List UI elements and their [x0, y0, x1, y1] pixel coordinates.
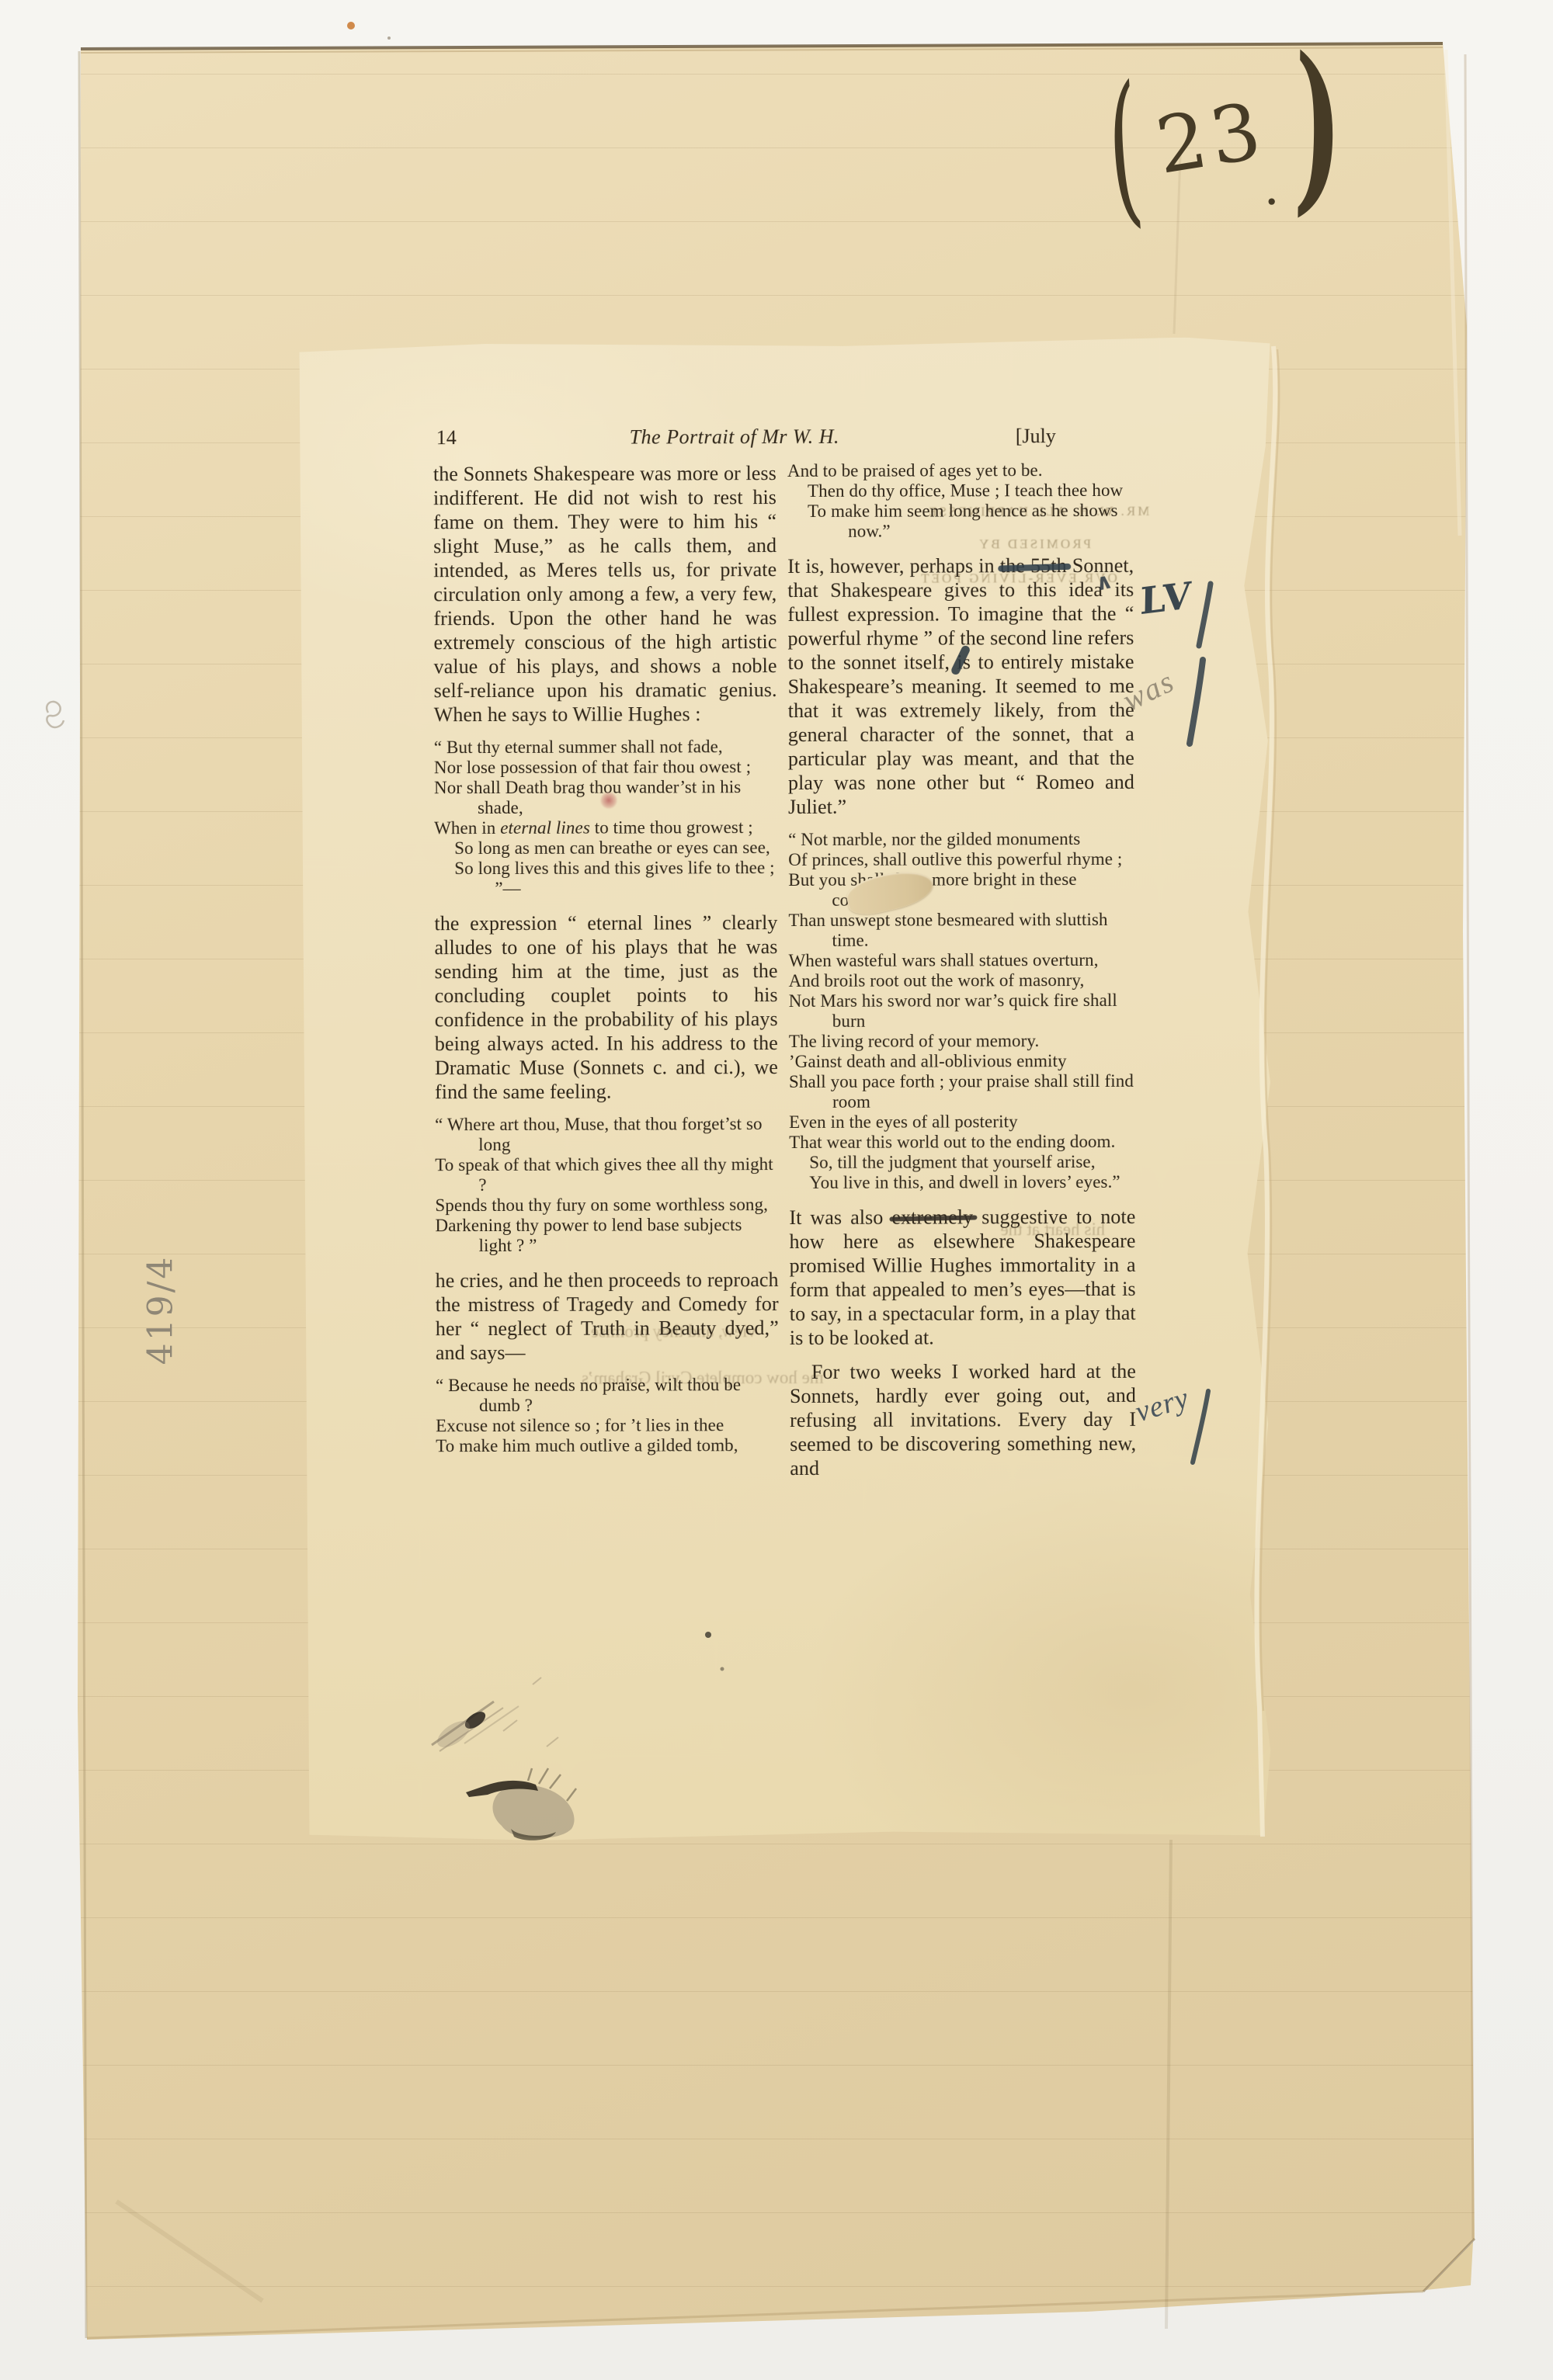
paragraph: the expression “ eternal lines ” clearly…	[434, 911, 778, 1104]
verse-line: To make him seem long hence as he shows …	[787, 501, 1134, 542]
verse-line: So long as men can breathe or eyes can s…	[434, 838, 777, 859]
hand-number: 23	[1151, 92, 1270, 186]
paragraph-with-corrections: It was also extremely suggestive to note…	[789, 1205, 1135, 1350]
ink-smeared-word: is	[957, 651, 971, 673]
pencil-shelf-mark: 419/4	[141, 1237, 181, 1384]
scanned-document-canvas: { "header": { "page_number": "14", "titl…	[0, 0, 1553, 2380]
verse-line: And broils root out the work of masonry,	[789, 970, 1135, 991]
paragraph: he cries, and he then proceeds to reproa…	[436, 1268, 779, 1365]
handwritten-leaf-number: ( 23 . )	[1103, 71, 1346, 219]
verse-line: Spends thou thy fury on some worthless s…	[435, 1195, 778, 1216]
verse-line: Darkening thy power to lend base subject…	[435, 1215, 778, 1256]
verse-line: “ Not marble, nor the gilded monuments	[788, 829, 1134, 850]
article-title: The Portrait of Mr W. H.	[533, 425, 936, 449]
text-segment: to entirely mistake Shakespeare’s meanin…	[788, 651, 1134, 818]
right-text-column: And to be praised of ages yet to be. The…	[787, 460, 1136, 1490]
left-text-column: the Sonnets Shakespeare was more or less…	[433, 461, 779, 1469]
verse-line: “ Because he needs no praise, wilt thou …	[436, 1375, 779, 1416]
verse-quote-continued: And to be praised of ages yet to be. The…	[787, 460, 1134, 542]
verse-quote-sonnet-18: “ But thy eternal summer shall not fade,…	[434, 737, 778, 899]
verse-line: When in eternal lines to time thou growe…	[434, 817, 777, 838]
verse-segment: to time thou growest ;	[590, 817, 753, 838]
verse-line: So long lives this and this gives life t…	[434, 858, 777, 899]
issue-month: [July	[1016, 425, 1056, 448]
page-number: 14	[436, 426, 457, 449]
verse-line: Then do thy office, Muse ; I teach thee …	[787, 481, 1134, 501]
verse-segment-italic: eternal lines	[500, 818, 590, 838]
margin-correction-lv: LV	[1140, 574, 1193, 624]
verse-quote-sonnet-101: “ Because he needs no praise, wilt thou …	[436, 1375, 779, 1456]
printed-page-clipping: MR. W. H. ALL HAPPINESSE PROMISED BY OVR…	[299, 337, 1280, 1841]
verse-line: But you shall shine more bright in these…	[788, 869, 1134, 911]
hand-paren-open: (	[1103, 63, 1146, 234]
text-segment: It is, however, perhaps in	[787, 554, 1000, 578]
verse-line: Than unswept stone besmeared with slutti…	[788, 910, 1134, 951]
verse-line: The living record of your memory.	[789, 1031, 1135, 1052]
hand-paren-close: )	[1293, 33, 1344, 224]
verse-line: Nor lose possession of that fair thou ow…	[434, 757, 777, 778]
verse-line: And to be praised of ages yet to be.	[787, 460, 1134, 481]
verse-line: Not Mars his sword nor war’s quick fire …	[789, 991, 1135, 1032]
verse-line: Excuse not silence so ; for ’t lies in t…	[436, 1415, 779, 1436]
running-head: 14 The Portrait of Mr W. H. [July	[300, 424, 1277, 457]
verse-line: “ Where art thou, Muse, that thou forget…	[435, 1114, 778, 1155]
ink-struck-text: the 55th	[1000, 554, 1067, 577]
verse-line: Even in the eyes of all posterity	[789, 1112, 1135, 1133]
verse-line: Shall you pace forth ; your praise shall…	[789, 1071, 1135, 1112]
verse-line: To make him much outlive a gilded tomb,	[436, 1435, 779, 1456]
verse-quote-sonnet-55: “ Not marble, nor the gilded monuments O…	[788, 829, 1135, 1193]
verse-line: You live in this, and dwell in lovers’ e…	[789, 1172, 1135, 1193]
ink-struck-text: extremely	[891, 1206, 973, 1228]
verse-line: Nor shall Death brag thou wander’st in h…	[434, 777, 777, 818]
paragraph: For two weeks I worked hard at the Sonne…	[790, 1359, 1136, 1480]
verse-quote-sonnet-100: “ Where art thou, Muse, that thou forget…	[435, 1114, 778, 1256]
verse-line: ’Gainst death and all-oblivious enmity	[789, 1051, 1135, 1072]
verse-line: “ But thy eternal summer shall not fade,	[434, 737, 777, 758]
verse-line: Of princes, shall outlive this powerful …	[788, 849, 1134, 870]
caret-insertion-point: Sonnet,	[1067, 554, 1134, 577]
paragraph: the Sonnets Shakespeare was more or less…	[433, 461, 777, 727]
verse-line: When wasteful wars shall statues overtur…	[789, 950, 1135, 971]
verse-line: That wear this world out to the ending d…	[789, 1132, 1135, 1153]
verse-segment: When in	[434, 818, 500, 838]
pencil-squiggle	[47, 702, 64, 727]
text-segment: It was also	[789, 1206, 891, 1229]
verse-line: To speak of that which gives thee all th…	[435, 1154, 778, 1195]
paragraph-with-corrections: It is, however, perhaps in the 55th Sonn…	[787, 553, 1134, 819]
verse-line: So, till the judgment that yourself aris…	[789, 1152, 1135, 1173]
